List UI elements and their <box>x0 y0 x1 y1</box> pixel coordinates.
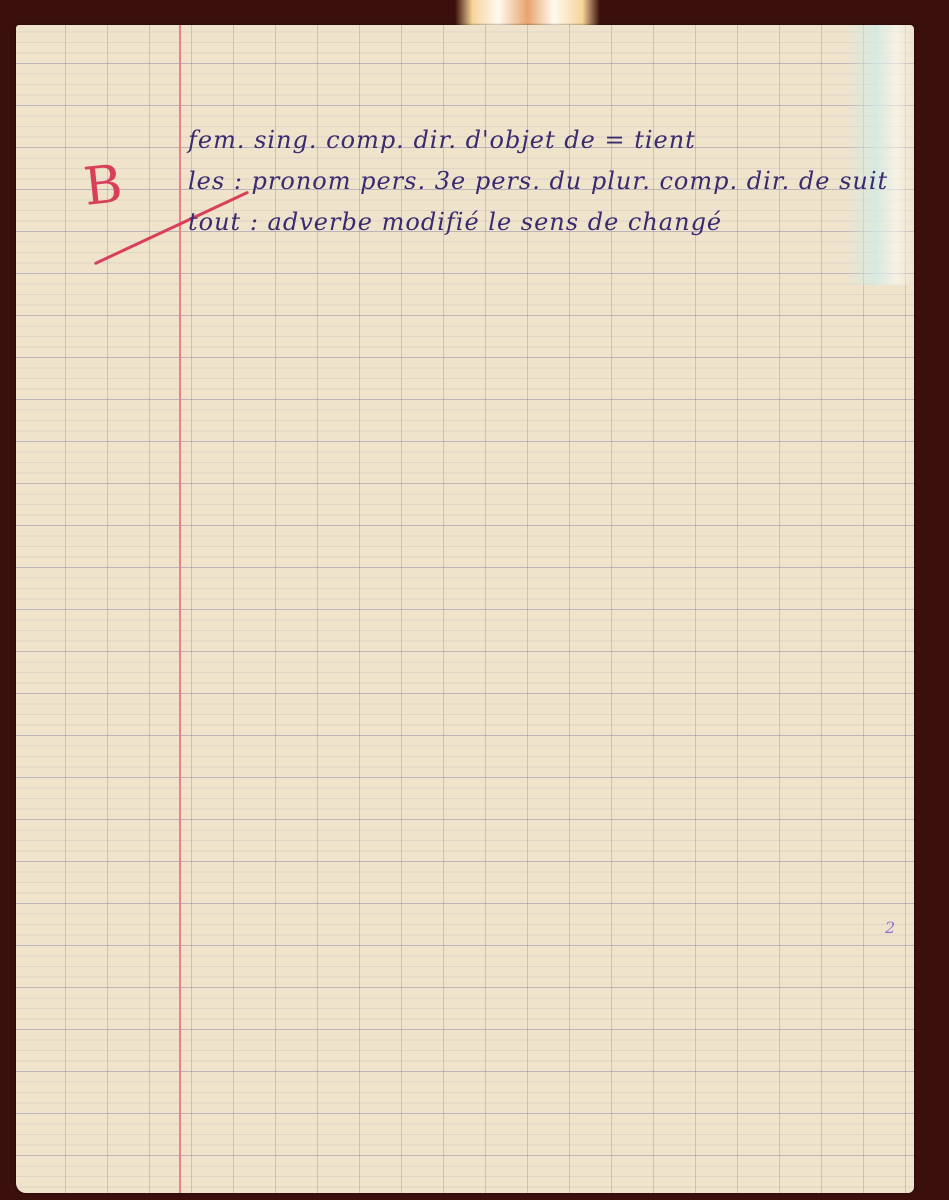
grade-mark: B <box>81 158 124 214</box>
text-line-3: tout : adverbe modifié le sens de changé <box>188 202 908 243</box>
scan-glare <box>455 0 600 26</box>
red-margin-line <box>179 25 181 1193</box>
handwritten-text: fem. sing. comp. dir. d'objet de = tient… <box>188 120 908 243</box>
text-line-2: les : pronom pers. 3e pers. du plur. com… <box>188 161 908 202</box>
margin-ink-mark: 2 <box>885 918 895 937</box>
text-line-1: fem. sing. comp. dir. d'objet de = tient <box>188 120 908 161</box>
